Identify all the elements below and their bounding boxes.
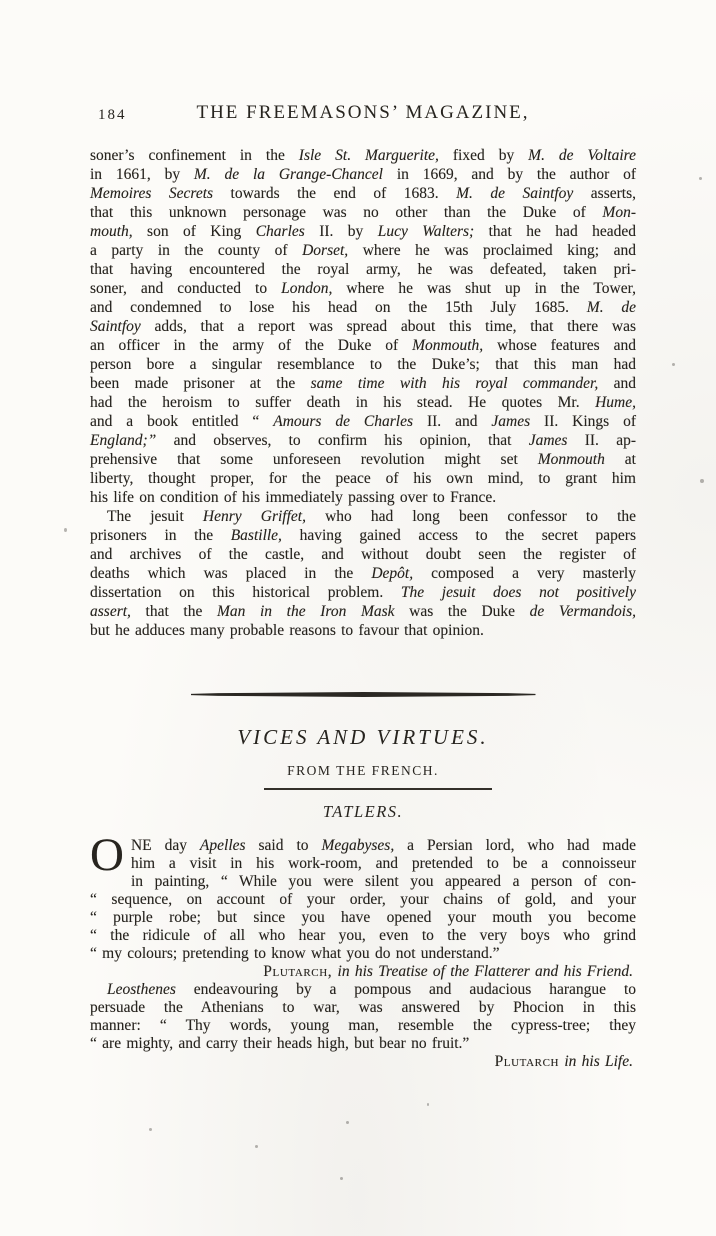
- text-run: Plutarch,: [263, 963, 332, 980]
- text-line: person bore a singular resemblance to th…: [90, 355, 636, 374]
- page-number: 184: [98, 107, 127, 124]
- text-run: in his Life.: [559, 1053, 633, 1070]
- text-line: dissertation on this historical problem.…: [90, 583, 636, 602]
- text-run: M. de la Grange-Chancel: [194, 166, 383, 183]
- text-line: and condemned to lose his head on the 15…: [90, 298, 636, 317]
- text-run: same time with his royal commander,: [311, 375, 599, 392]
- paragraph: ONE day Apelles said to Megabyses, a Per…: [90, 837, 636, 981]
- scan-speck: [699, 177, 702, 180]
- scan-speck: [700, 479, 704, 483]
- text-line: NE day Apelles said to Megabyses, a Pers…: [90, 837, 636, 855]
- text-run: dissertation on this historical problem.: [90, 584, 401, 601]
- text-line: Saintfoy adds, that a report was spread …: [90, 317, 636, 336]
- text-run: mouth,: [90, 223, 133, 240]
- paragraph: The jesuit Henry Griffet, who had long b…: [90, 507, 636, 640]
- text-run: been made prisoner at the: [90, 375, 311, 392]
- text-run: and condemned to lose his head on the 15…: [90, 299, 587, 316]
- text-run: Plutarch: [495, 1053, 559, 1070]
- text-run: in painting, “ While you were silent you…: [131, 873, 636, 890]
- text-line: his life on condition of his immediately…: [90, 488, 636, 507]
- text-run: Depôt,: [371, 565, 413, 582]
- text-run: fixed by: [439, 147, 528, 164]
- text-run: a Persian lord, who had made: [394, 837, 636, 854]
- drop-cap: O: [90, 838, 124, 875]
- text-run: towards the end of 1683.: [213, 185, 456, 202]
- scan-speck: [340, 1177, 343, 1180]
- article-title: VICES AND VIRTUES.: [90, 725, 636, 750]
- text-run: II. Kings of: [530, 413, 636, 430]
- attribution: Plutarch, in his Treatise of the Flatter…: [90, 963, 636, 981]
- text-line: that having encountered the royal army, …: [90, 260, 636, 279]
- text-run: II. by: [305, 223, 378, 240]
- text-line: mouth, son of King Charles II. by Lucy W…: [90, 222, 636, 241]
- text-run: M. de Voltaire: [528, 147, 636, 164]
- text-run: Apelles: [200, 837, 246, 854]
- text-run: but he adduces many probable reasons to …: [90, 622, 484, 639]
- text-run: Monmouth,: [412, 337, 483, 354]
- scan-speck: [346, 1121, 349, 1124]
- running-header: THE FREEMASONS’ MAGAZINE,: [90, 102, 636, 124]
- scan-speck: [427, 1103, 429, 1106]
- text-run: “ the ridicule of all who hear you, even…: [90, 927, 636, 944]
- text-line: an officer in the army of the Duke of Mo…: [90, 336, 636, 355]
- text-line: in 1661, by M. de la Grange-Chancel in 1…: [90, 165, 636, 184]
- text-run: Leosthenes: [107, 981, 176, 998]
- text-line: and a book entitled “ Amours de Charles …: [90, 412, 636, 431]
- text-line: persuade the Athenians to war, was answe…: [90, 999, 636, 1017]
- text-run: asserts,: [573, 185, 636, 202]
- text-run: “ my colours; pretending to know what yo…: [90, 945, 500, 962]
- text-block: 184 THE FREEMASONS’ MAGAZINE, soner’s co…: [90, 102, 636, 1071]
- text-run: Charles: [256, 223, 305, 240]
- text-run: having gained access to the secret paper…: [282, 527, 636, 544]
- text-run: and observes, to confirm his opinion, th…: [156, 432, 528, 449]
- text-line: “ sequence, on account of your order, yo…: [90, 891, 636, 909]
- text-run: M. de: [587, 299, 636, 316]
- text-line: manner: “ Thy words, young man, resemble…: [90, 1017, 636, 1035]
- text-run: The jesuit: [107, 508, 203, 525]
- text-run: adds, that a report was spread about thi…: [141, 318, 636, 335]
- scanned-page: 184 THE FREEMASONS’ MAGAZINE, soner’s co…: [0, 0, 716, 1236]
- page-header: 184 THE FREEMASONS’ MAGAZINE,: [90, 102, 636, 128]
- subtitle-rule: [264, 788, 492, 790]
- text-run: a party in the county of: [90, 242, 302, 259]
- text-line: been made prisoner at the same time with…: [90, 374, 636, 393]
- text-run: that having encountered the royal army, …: [90, 261, 636, 278]
- text-run: and: [598, 375, 636, 392]
- text-run: Man in the Iron Mask: [217, 603, 395, 620]
- text-line: soner, and conducted to London, where he…: [90, 279, 636, 298]
- article-subtitle: FROM THE FRENCH.: [90, 763, 636, 779]
- text-line: assert, that the Man in the Iron Mask wa…: [90, 602, 636, 621]
- text-run: London,: [281, 280, 332, 297]
- text-run: II. and: [413, 413, 491, 430]
- text-run: where he was proclaimed king; and: [348, 242, 636, 259]
- text-run: Dorset,: [302, 242, 348, 259]
- text-line: prehensive that some unforeseen revoluti…: [90, 450, 636, 469]
- text-run: prehensive that some unforeseen revoluti…: [90, 451, 538, 468]
- text-line: “ are mighty, and carry their heads high…: [90, 1035, 636, 1053]
- text-run: Mon-: [602, 204, 636, 221]
- text-line: that this unknown personage was no other…: [90, 203, 636, 222]
- text-line: but he adduces many probable reasons to …: [90, 621, 636, 640]
- text-line: a party in the county of Dorset, where h…: [90, 241, 636, 260]
- text-run: an officer in the army of the Duke of: [90, 337, 412, 354]
- text-line: and archives of the castle, and without …: [90, 545, 636, 564]
- text-run: was the Duke: [395, 603, 530, 620]
- text-run: Henry Griffet,: [203, 508, 306, 525]
- text-line: Memoires Secrets towards the end of 1683…: [90, 184, 636, 203]
- text-line: had the heroism to suffer death in his s…: [90, 393, 636, 412]
- text-line: prisoners in the Bastille, having gained…: [90, 526, 636, 545]
- text-run: and a book entitled “: [90, 413, 273, 430]
- scan-speck: [672, 363, 675, 366]
- text-run: “ sequence, on account of your order, yo…: [90, 891, 636, 908]
- text-run: endeavouring by a pompous and audacious …: [176, 981, 636, 998]
- text-line: Leosthenes endeavouring by a pompous and…: [90, 981, 636, 999]
- text-run: James: [529, 432, 568, 449]
- text-line: soner’s confinement in the Isle St. Marg…: [90, 146, 636, 165]
- text-run: James: [491, 413, 530, 430]
- text-run: liberty, thought proper, for the peace o…: [90, 470, 636, 487]
- text-run: soner, and conducted to: [90, 280, 281, 297]
- text-run: Amours de Charles: [273, 413, 413, 430]
- text-run: him a visit in his work-room, and preten…: [131, 855, 636, 872]
- text-run: Memoires Secrets: [90, 185, 213, 202]
- text-line: deaths which was placed in the Depôt, co…: [90, 564, 636, 583]
- text-run: II. ap-: [567, 432, 636, 449]
- text-run: “ are mighty, and carry their heads high…: [90, 1035, 469, 1052]
- text-run: Lucy Walters;: [378, 223, 475, 240]
- text-run: had the heroism to suffer death in his s…: [90, 394, 595, 411]
- text-run: in his Treatise of the Flatterer and his…: [332, 963, 633, 980]
- text-run: manner: “ Thy words, young man, resemble…: [90, 1017, 636, 1034]
- attribution: Plutarch in his Life.: [90, 1053, 636, 1071]
- text-line: The jesuit Henry Griffet, who had long b…: [90, 507, 636, 526]
- text-line: “ purple robe; but since you have opened…: [90, 909, 636, 927]
- text-run: deaths which was placed in the: [90, 565, 371, 582]
- text-line: liberty, thought proper, for the peace o…: [90, 469, 636, 488]
- text-run: composed a very masterly: [413, 565, 636, 582]
- text-line: “ my colours; pretending to know what yo…: [90, 945, 636, 963]
- text-run: that this unknown personage was no other…: [90, 204, 602, 221]
- text-run: who had long been confessor to the: [306, 508, 636, 525]
- text-run: de Vermandois,: [530, 603, 636, 620]
- text-run: Megabyses,: [321, 837, 394, 854]
- text-run: The jesuit does not positively: [401, 584, 636, 601]
- text-run: that the: [131, 603, 217, 620]
- text-line: England;” and observes, to confirm his o…: [90, 431, 636, 450]
- paragraph: Leosthenes endeavouring by a pompous and…: [90, 981, 636, 1071]
- text-run: son of King: [133, 223, 256, 240]
- section-divider-rule: [191, 692, 536, 697]
- text-run: at: [605, 451, 636, 468]
- text-run: in 1669, and by the author of: [383, 166, 636, 183]
- text-run: Saintfoy: [90, 318, 141, 335]
- text-run: England;”: [90, 432, 156, 449]
- text-run: assert,: [90, 603, 131, 620]
- text-line: in painting, “ While you were silent you…: [90, 873, 636, 891]
- text-run: Bastille,: [231, 527, 282, 544]
- text-line: him a visit in his work-room, and preten…: [90, 855, 636, 873]
- text-run: person bore a singular resemblance to th…: [90, 356, 636, 373]
- text-run: Hume,: [595, 394, 636, 411]
- text-run: soner’s confinement in the: [90, 147, 299, 164]
- text-run: Monmouth: [538, 451, 605, 468]
- paragraph: soner’s confinement in the Isle St. Marg…: [90, 146, 636, 507]
- text-run: said to: [246, 837, 322, 854]
- text-run: persuade the Athenians to war, was answe…: [90, 999, 636, 1016]
- text-run: NE day: [131, 837, 200, 854]
- scan-speck: [255, 1145, 258, 1148]
- text-run: in 1661, by: [90, 166, 194, 183]
- text-line: “ the ridicule of all who hear you, even…: [90, 927, 636, 945]
- text-run: Isle St. Marguerite,: [299, 147, 439, 164]
- text-run: prisoners in the: [90, 527, 231, 544]
- text-run: “ purple robe; but since you have opened…: [90, 909, 636, 926]
- text-run: where he was shut up in the Tower,: [332, 280, 636, 297]
- iron-mask-article: soner’s confinement in the Isle St. Marg…: [90, 146, 636, 640]
- text-run: and archives of the castle, and without …: [90, 546, 636, 563]
- text-run: M. de Saintfoy: [456, 185, 573, 202]
- text-run: his life on condition of his immediately…: [90, 489, 496, 506]
- tatlers-section: ONE day Apelles said to Megabyses, a Per…: [90, 837, 636, 1071]
- scan-speck: [149, 1128, 152, 1131]
- text-run: whose features and: [483, 337, 636, 354]
- scan-speck: [64, 528, 67, 532]
- text-run: that he had headed: [474, 223, 636, 240]
- section-heading: TATLERS.: [90, 802, 636, 822]
